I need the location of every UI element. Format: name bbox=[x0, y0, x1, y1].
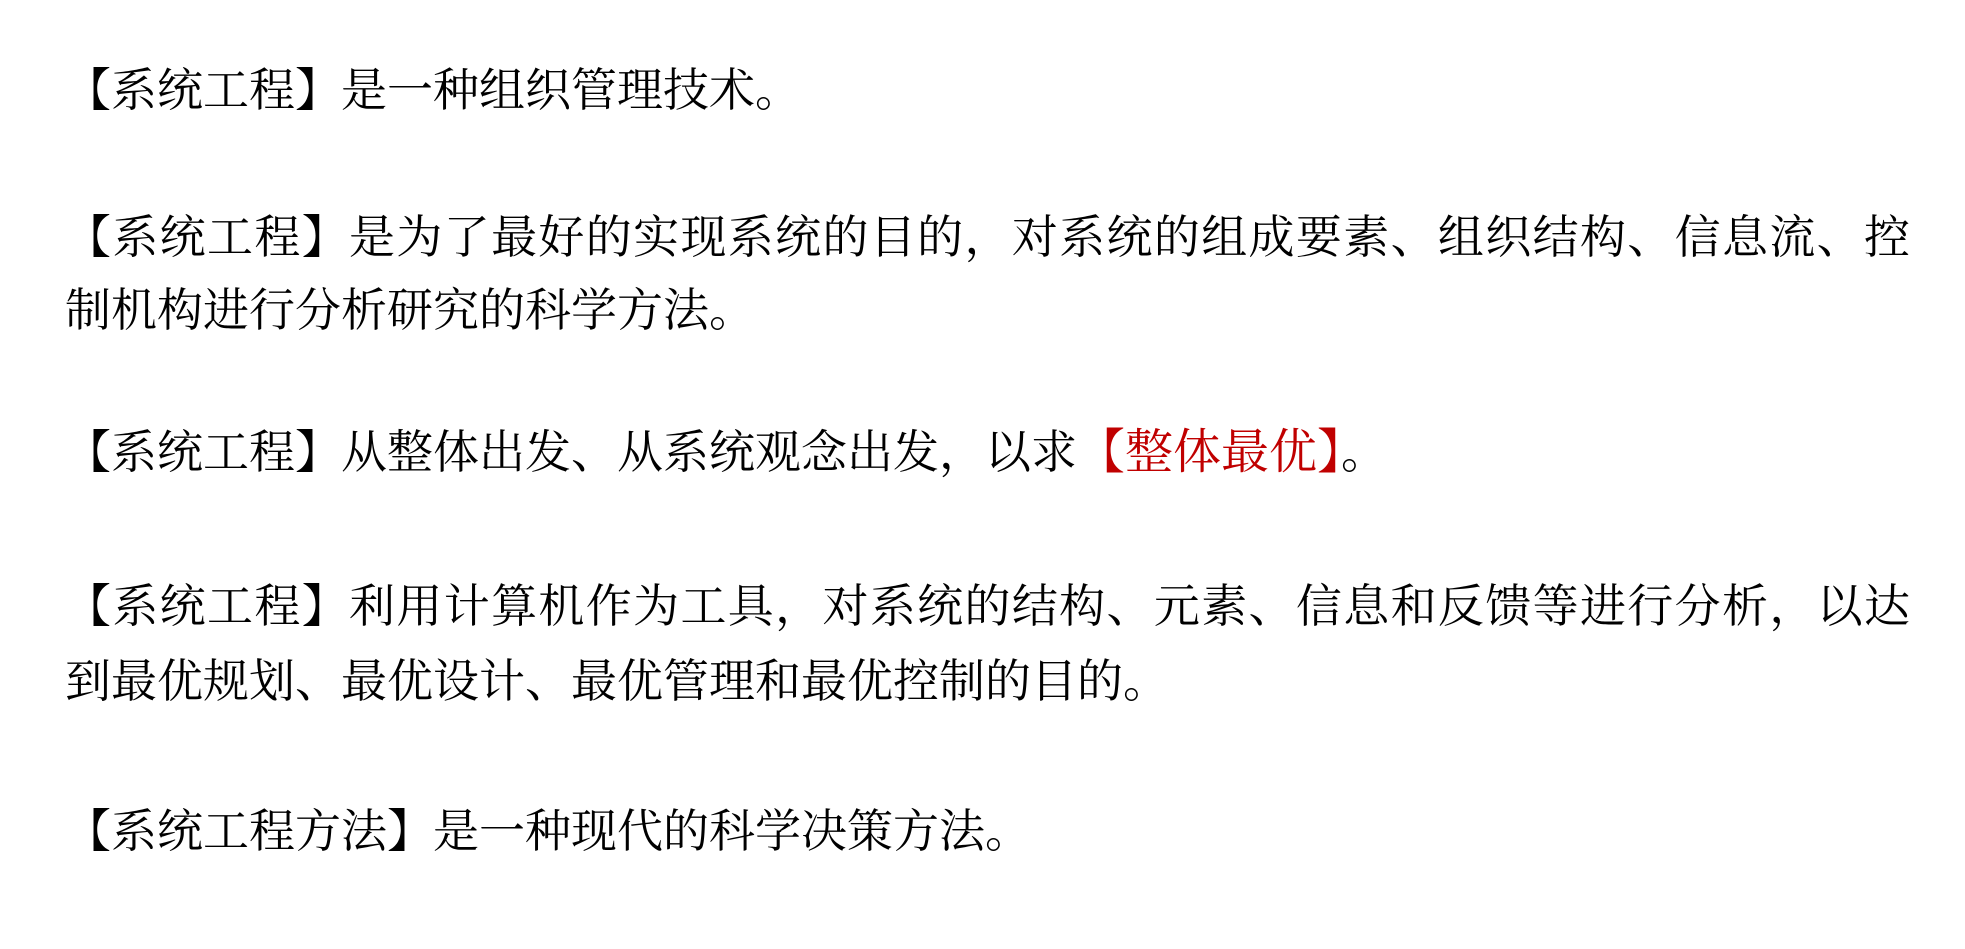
paragraph-3-text: 【系统工程】从整体出发、从系统观念出发，以求 bbox=[65, 425, 1077, 479]
paragraph-4-line-1: 【系统工程】利用计算机作为工具，对系统的结构、元素、信息和反馈等进行分析，以达 bbox=[65, 569, 1910, 643]
paragraph-3-end-punct: 。 bbox=[1341, 425, 1387, 479]
highlight-whole-optimal: 【整体最优】 bbox=[1077, 424, 1341, 480]
paragraph-2-line-2: 制机构进行分析研究的科学方法。 bbox=[65, 273, 755, 347]
paragraph-4-line-2: 到最优规划、最优设计、最优管理和最优控制的目的。 bbox=[65, 644, 1169, 718]
paragraph-5-line-1: 【系统工程方法】是一种现代的科学决策方法。 bbox=[65, 794, 1031, 868]
paragraph-2-line-1: 【系统工程】是为了最好的实现系统的目的，对系统的组成要素、组织结构、信息流、控 bbox=[65, 200, 1910, 274]
paragraph-1-line-1: 【系统工程】是一种组织管理技术。 bbox=[65, 53, 801, 127]
paragraph-3: 【系统工程】从整体出发、从系统观念出发，以求【整体最优】。 bbox=[65, 415, 1387, 489]
